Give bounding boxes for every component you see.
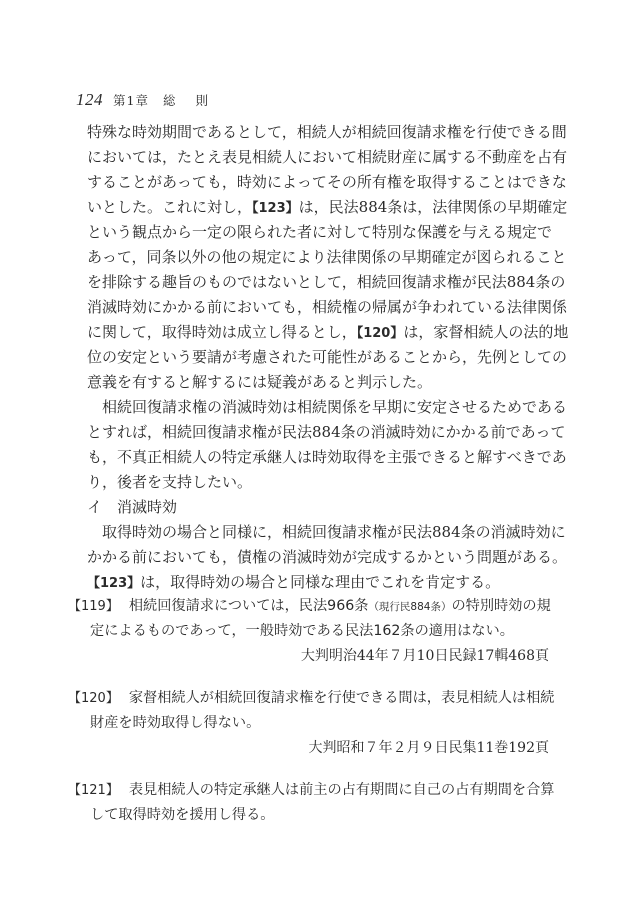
- body-text: 特殊な時効期間であるとして，相続人が相続回復請求権を行使できる間 においては，た…: [87, 120, 547, 595]
- case-121-line-2: して取得時効を援用し得る。: [68, 803, 549, 828]
- body-line-18: かかる前においても，債権の消滅時効が完成するかという問題がある。: [87, 545, 547, 570]
- case-119-line-2: 定によるものであって，一般時効である民法162条の適用はない。: [68, 619, 549, 644]
- case-119-citation: 大判明治44年７月10日民録17輯468頁: [68, 644, 549, 669]
- case-120-line-1: 【120】家督相続人が相続回復請求権を行使できる間は，表見相続人は相続: [68, 686, 549, 711]
- case-number: 【119】: [68, 599, 119, 614]
- running-header: 124 第1章 総則: [76, 90, 228, 114]
- body-line-6: あって，同条以外の他の規定により法律関係の早期確定が図られること: [87, 245, 547, 270]
- body-line-14: も，不真正相続人の特定承継人は時効取得を主張できると解すべきであ: [87, 445, 547, 470]
- body-line-4-tail: は，民法884条は，法律関係の早期確定: [299, 198, 568, 216]
- body-line-13: とすれば，相続回復請求権が民法884条の消滅時効にかかる前であって: [87, 420, 547, 445]
- body-line-5: という観点から一定の限られた者に対して特別な保護を与える規定で: [87, 220, 547, 245]
- case-121-text: 表見相続人の特定承継人は前主の占有期間に自己の占有期間を合算: [129, 782, 555, 798]
- body-line-19-tail: は，取得時効の場合と同様な理由でこれを肯定する。: [140, 573, 500, 591]
- case-120-text: 家督相続人が相続回復請求権を行使できる間は，表見相続人は相続: [129, 690, 555, 706]
- page-number: 124: [76, 90, 103, 110]
- chapter-label: 第1章: [113, 91, 149, 109]
- body-line-19: 【123】は，取得時効の場合と同様な理由でこれを肯定する。: [87, 570, 547, 595]
- body-line-17: 取得時効の場合と同様に，相続回復請求権が民法884条の消滅時効に: [87, 520, 547, 545]
- case-119-text-a: 相続回復請求については，民法966条: [129, 598, 369, 614]
- case-119-text-b: の特別時効の規: [451, 598, 550, 614]
- body-line-4: いとした。これに対し，【123】は，民法884条は，法律関係の早期確定: [87, 195, 547, 220]
- body-line-9-head: に関して，取得時効は成立し得るとし，: [87, 323, 357, 341]
- section-heading-extinctive-prescription: イ 消滅時効: [87, 495, 547, 520]
- body-line-12: 相続回復請求権の消滅時効は相続関係を早期に安定させるためである: [87, 395, 547, 420]
- case-121-line-1: 【121】表見相続人の特定承継人は前主の占有期間に自己の占有期間を合算: [68, 778, 549, 803]
- case-summary-119: 【119】相続回復請求については，民法966条（現行民884条）の特別時効の規 …: [68, 594, 549, 669]
- case-number: 【120】: [68, 691, 119, 706]
- body-line-8: 消滅時効にかかる前においても，相続権の帰属が争われている法律関係: [87, 295, 547, 320]
- body-line-9-tail: は，家督相続人の法的地: [403, 323, 568, 341]
- case-120-citation: 大判昭和７年２月９日民集11巻192頁: [68, 736, 549, 761]
- case-reference-123: 【123】: [252, 201, 299, 216]
- case-summary-120: 【120】家督相続人が相続回復請求権を行使できる間は，表見相続人は相続 財産を時…: [68, 686, 549, 761]
- body-line-2: においては，たとえ表見相続人において相続財産に属する不動産を占有: [87, 145, 547, 170]
- case-number: 【121】: [68, 783, 119, 798]
- body-line-10: 位の安定という要請が考慮された可能性があることから，先例としての: [87, 345, 547, 370]
- body-line-7: を排除する趣旨のものではないとして，相続回復請求権が民法884条の: [87, 270, 547, 295]
- body-line-1: 特殊な時効期間であるとして，相続人が相続回復請求権を行使できる間: [87, 120, 547, 145]
- case-reference-123: 【123】: [87, 576, 140, 591]
- case-reference-120: 【120】: [357, 326, 404, 341]
- body-line-15: り，後者を支持したい。: [87, 470, 547, 495]
- case-summary-121: 【121】表見相続人の特定承継人は前主の占有期間に自己の占有期間を合算 して取得…: [68, 778, 549, 828]
- body-line-11: 意義を有すると解するには疑義があると判示した。: [87, 370, 547, 395]
- case-119-line-1: 【119】相続回復請求については，民法966条（現行民884条）の特別時効の規: [68, 594, 549, 619]
- chapter-title: 総則: [163, 91, 228, 109]
- case-120-line-2: 財産を時効取得し得ない。: [68, 711, 549, 736]
- case-119-annotation: （現行民884条）: [368, 601, 451, 613]
- body-line-9: に関して，取得時効は成立し得るとし，【120】は，家督相続人の法的地: [87, 320, 547, 345]
- body-line-3: することがあっても，時効によってその所有権を取得することはできな: [87, 170, 547, 195]
- body-line-4-head: いとした。これに対し，: [87, 198, 252, 216]
